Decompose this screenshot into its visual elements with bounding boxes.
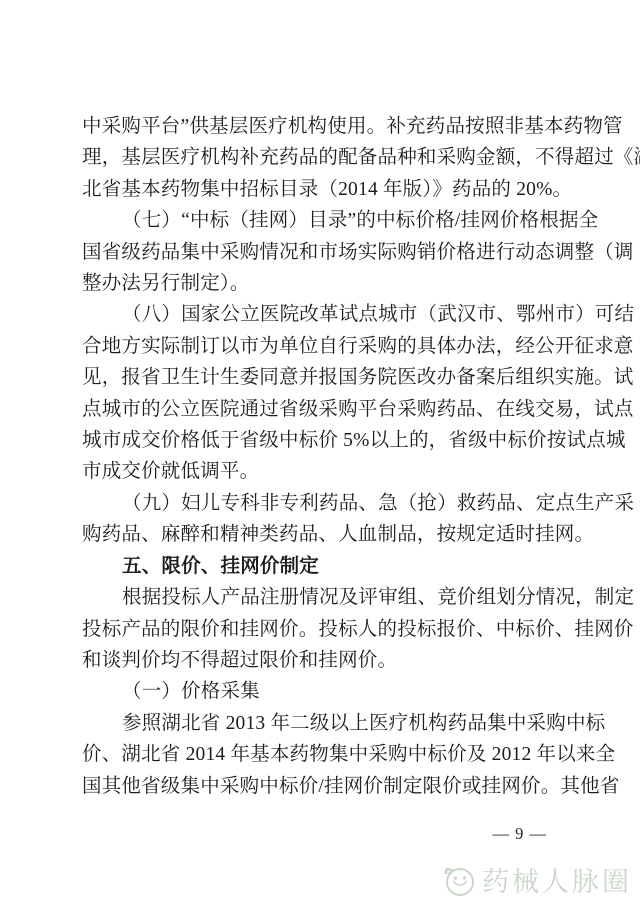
document-line: 国省级药品集中采购情况和市场实际购销价格进行动态调整（调 xyxy=(82,237,564,268)
document-line: （七）“中标（挂网）目录”的中标价格/挂网价格根据全 xyxy=(82,205,564,236)
document-line: 理，基层医疗机构补充药品的配备品种和采购金额，不得超过《湖 xyxy=(82,142,564,173)
document-line: 国其他省级集中采购中标价/挂网价制定限价或挂网价。其他省 xyxy=(82,771,564,802)
document-line: 点城市的公立医院通过省级采购平台采购药品、在线交易，试点 xyxy=(82,394,564,425)
document-line: （九）妇儿专科非专利药品、急（抢）救药品、定点生产采 xyxy=(82,488,564,519)
document-page: 中采购平台”供基层医疗机构使用。补充药品按照非基本药物管理，基层医疗机构补充药品… xyxy=(0,0,640,905)
page-number: — 9 — xyxy=(493,824,548,844)
document-line: 合地方实际制订以市为单位自行采购的具体办法，经公开征求意 xyxy=(82,331,564,362)
watermark: 药械人脉圈 xyxy=(441,860,632,899)
document-line: 根据投标人产品注册情况及评审组、竞价组划分情况，制定 xyxy=(82,582,564,613)
document-line: 和谈判价均不得超过限价和挂网价。 xyxy=(82,645,564,676)
document-body: 中采购平台”供基层医疗机构使用。补充药品按照非基本药物管理，基层医疗机构补充药品… xyxy=(82,111,564,802)
document-line: 整办法另行制定）。 xyxy=(82,268,564,299)
document-line: 中采购平台”供基层医疗机构使用。补充药品按照非基本药物管 xyxy=(82,111,564,142)
document-line: 价、湖北省 2014 年基本药物集中采购中标价及 2012 年以来全 xyxy=(82,739,564,770)
document-line: 投标产品的限价和挂网价。投标人的投标报价、中标价、挂网价 xyxy=(82,614,564,645)
document-line: 城市成交价格低于省级中标价 5%以上的，省级中标价按试点城 xyxy=(82,425,564,456)
document-line: 见，报省卫生计生委同意并报国务院医改办备案后组织实施。试 xyxy=(82,362,564,393)
document-line: （一）价格采集 xyxy=(82,676,564,707)
document-line: 购药品、麻醉和精神类药品、人血制品，按规定适时挂网。 xyxy=(82,519,564,550)
document-line: 参照湖北省 2013 年二级以上医疗机构药品集中采购中标 xyxy=(82,708,564,739)
smiley-circle-logo-icon xyxy=(441,862,477,898)
section-heading: 五、限价、挂网价制定 xyxy=(82,551,564,582)
document-line: （八）国家公立医院改革试点城市（武汉市、鄂州市）可结 xyxy=(82,299,564,330)
watermark-text: 药械人脉圈 xyxy=(482,860,632,899)
document-line: 北省基本药物集中招标目录（2014 年版）》药品的 20%。 xyxy=(82,174,564,205)
document-line: 市成交价就低调平。 xyxy=(82,456,564,487)
